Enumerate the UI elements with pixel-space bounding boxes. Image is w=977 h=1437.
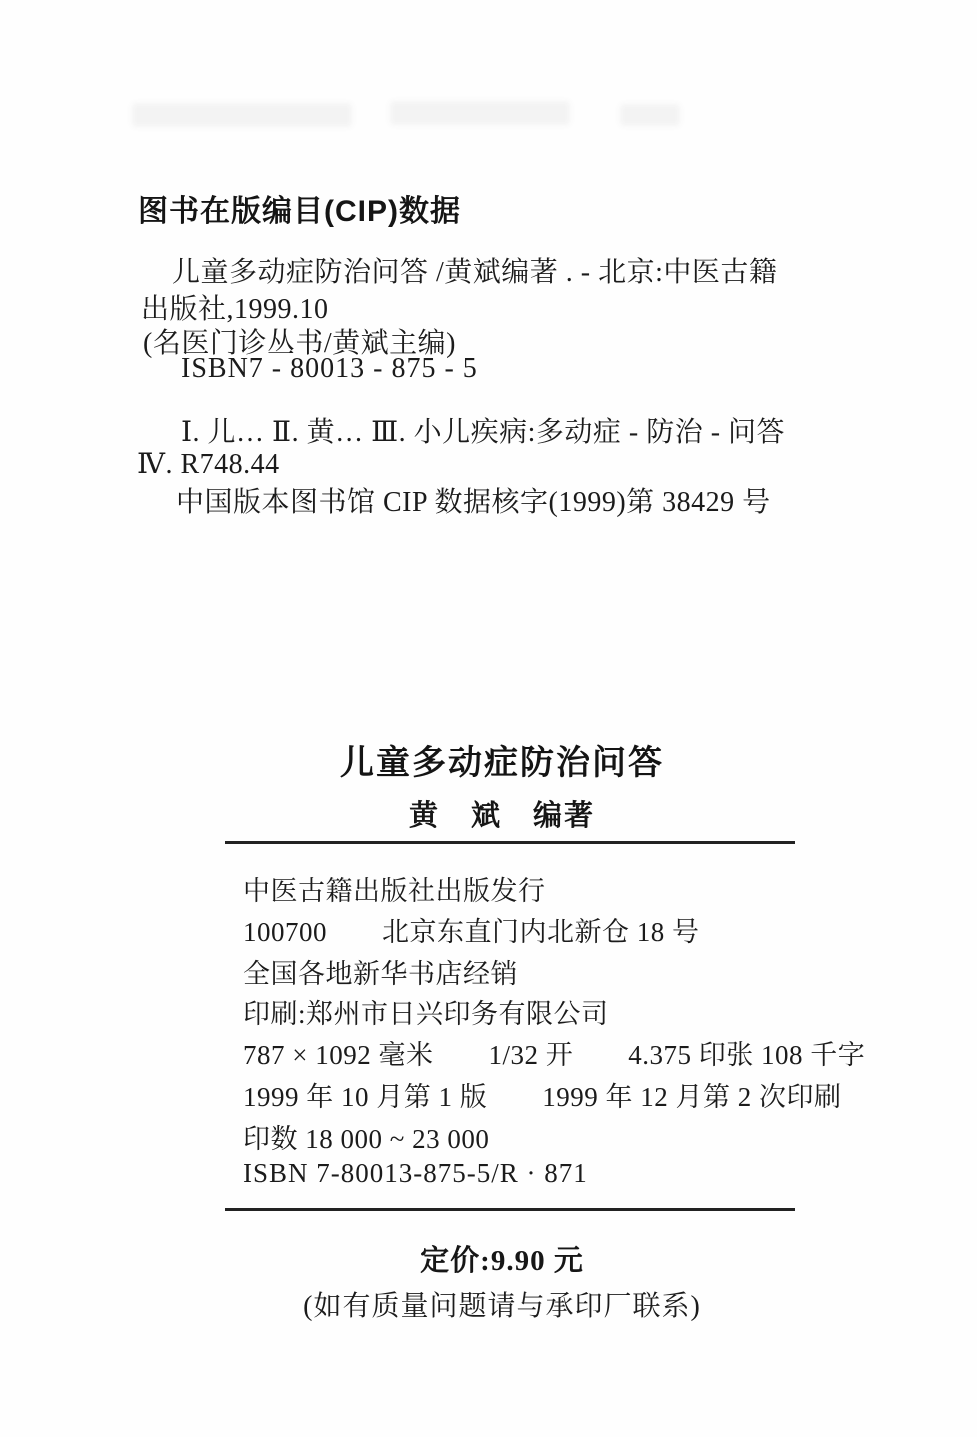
- cip-line-isbn: ISBN7 - 80013 - 875 - 5: [181, 353, 478, 385]
- imprint-line-edition: 1999 年 10 月第 1 版 1999 年 12 月第 2 次印刷: [243, 1075, 842, 1114]
- imprint-bottom-rule: [225, 1208, 795, 1211]
- imprint-line-format: 787 × 1092 毫米 1/32 开 4.375 印张 108 千字: [243, 1033, 865, 1072]
- showthrough-smudge: [620, 104, 680, 126]
- price-line: 定价:9.90 元: [30, 1238, 974, 1279]
- showthrough-smudge: [132, 103, 352, 127]
- quality-note: (如有质量问题请与承印厂联系): [30, 1284, 974, 1324]
- book-title: 儿童多动症防治问答: [30, 735, 974, 784]
- imprint-line-isbn: ISBN 7-80013-875-5/R · 871: [243, 1158, 588, 1189]
- cip-line-subjects: Ⅰ. 儿… Ⅱ. 黄… Ⅲ. 小儿疾病:多动症 - 防治 - 问答: [181, 410, 785, 450]
- cip-line-registry-number: 中国版本图书馆 CIP 数据核字(1999)第 38429 号: [176, 480, 771, 520]
- book-copyright-page: 图书在版编目(CIP)数据 儿童多动症防治问答 /黄斌编著 . - 北京:中医古…: [0, 0, 977, 1437]
- cip-heading: 图书在版编目(CIP)数据: [138, 186, 461, 230]
- imprint-top-rule: [225, 841, 795, 844]
- showthrough-smudge: [390, 101, 570, 125]
- book-author: 黄 斌 编著: [30, 793, 974, 834]
- cip-line-classification: Ⅳ. R748.44: [137, 447, 280, 481]
- imprint-line-address: 100700 北京东直门内北新仓 18 号: [243, 910, 700, 949]
- imprint-line-distribution: 全国各地新华书店经销: [243, 952, 518, 991]
- cip-line-title-statement: 儿童多动症防治问答 /黄斌编著 . - 北京:中医古籍: [172, 250, 777, 290]
- imprint-line-publisher: 中医古籍出版社出版发行: [243, 869, 546, 908]
- imprint-line-printer: 印刷:郑州市日兴印务有限公司: [243, 992, 609, 1031]
- imprint-line-print-run: 印数 18 000 ~ 23 000: [243, 1117, 489, 1156]
